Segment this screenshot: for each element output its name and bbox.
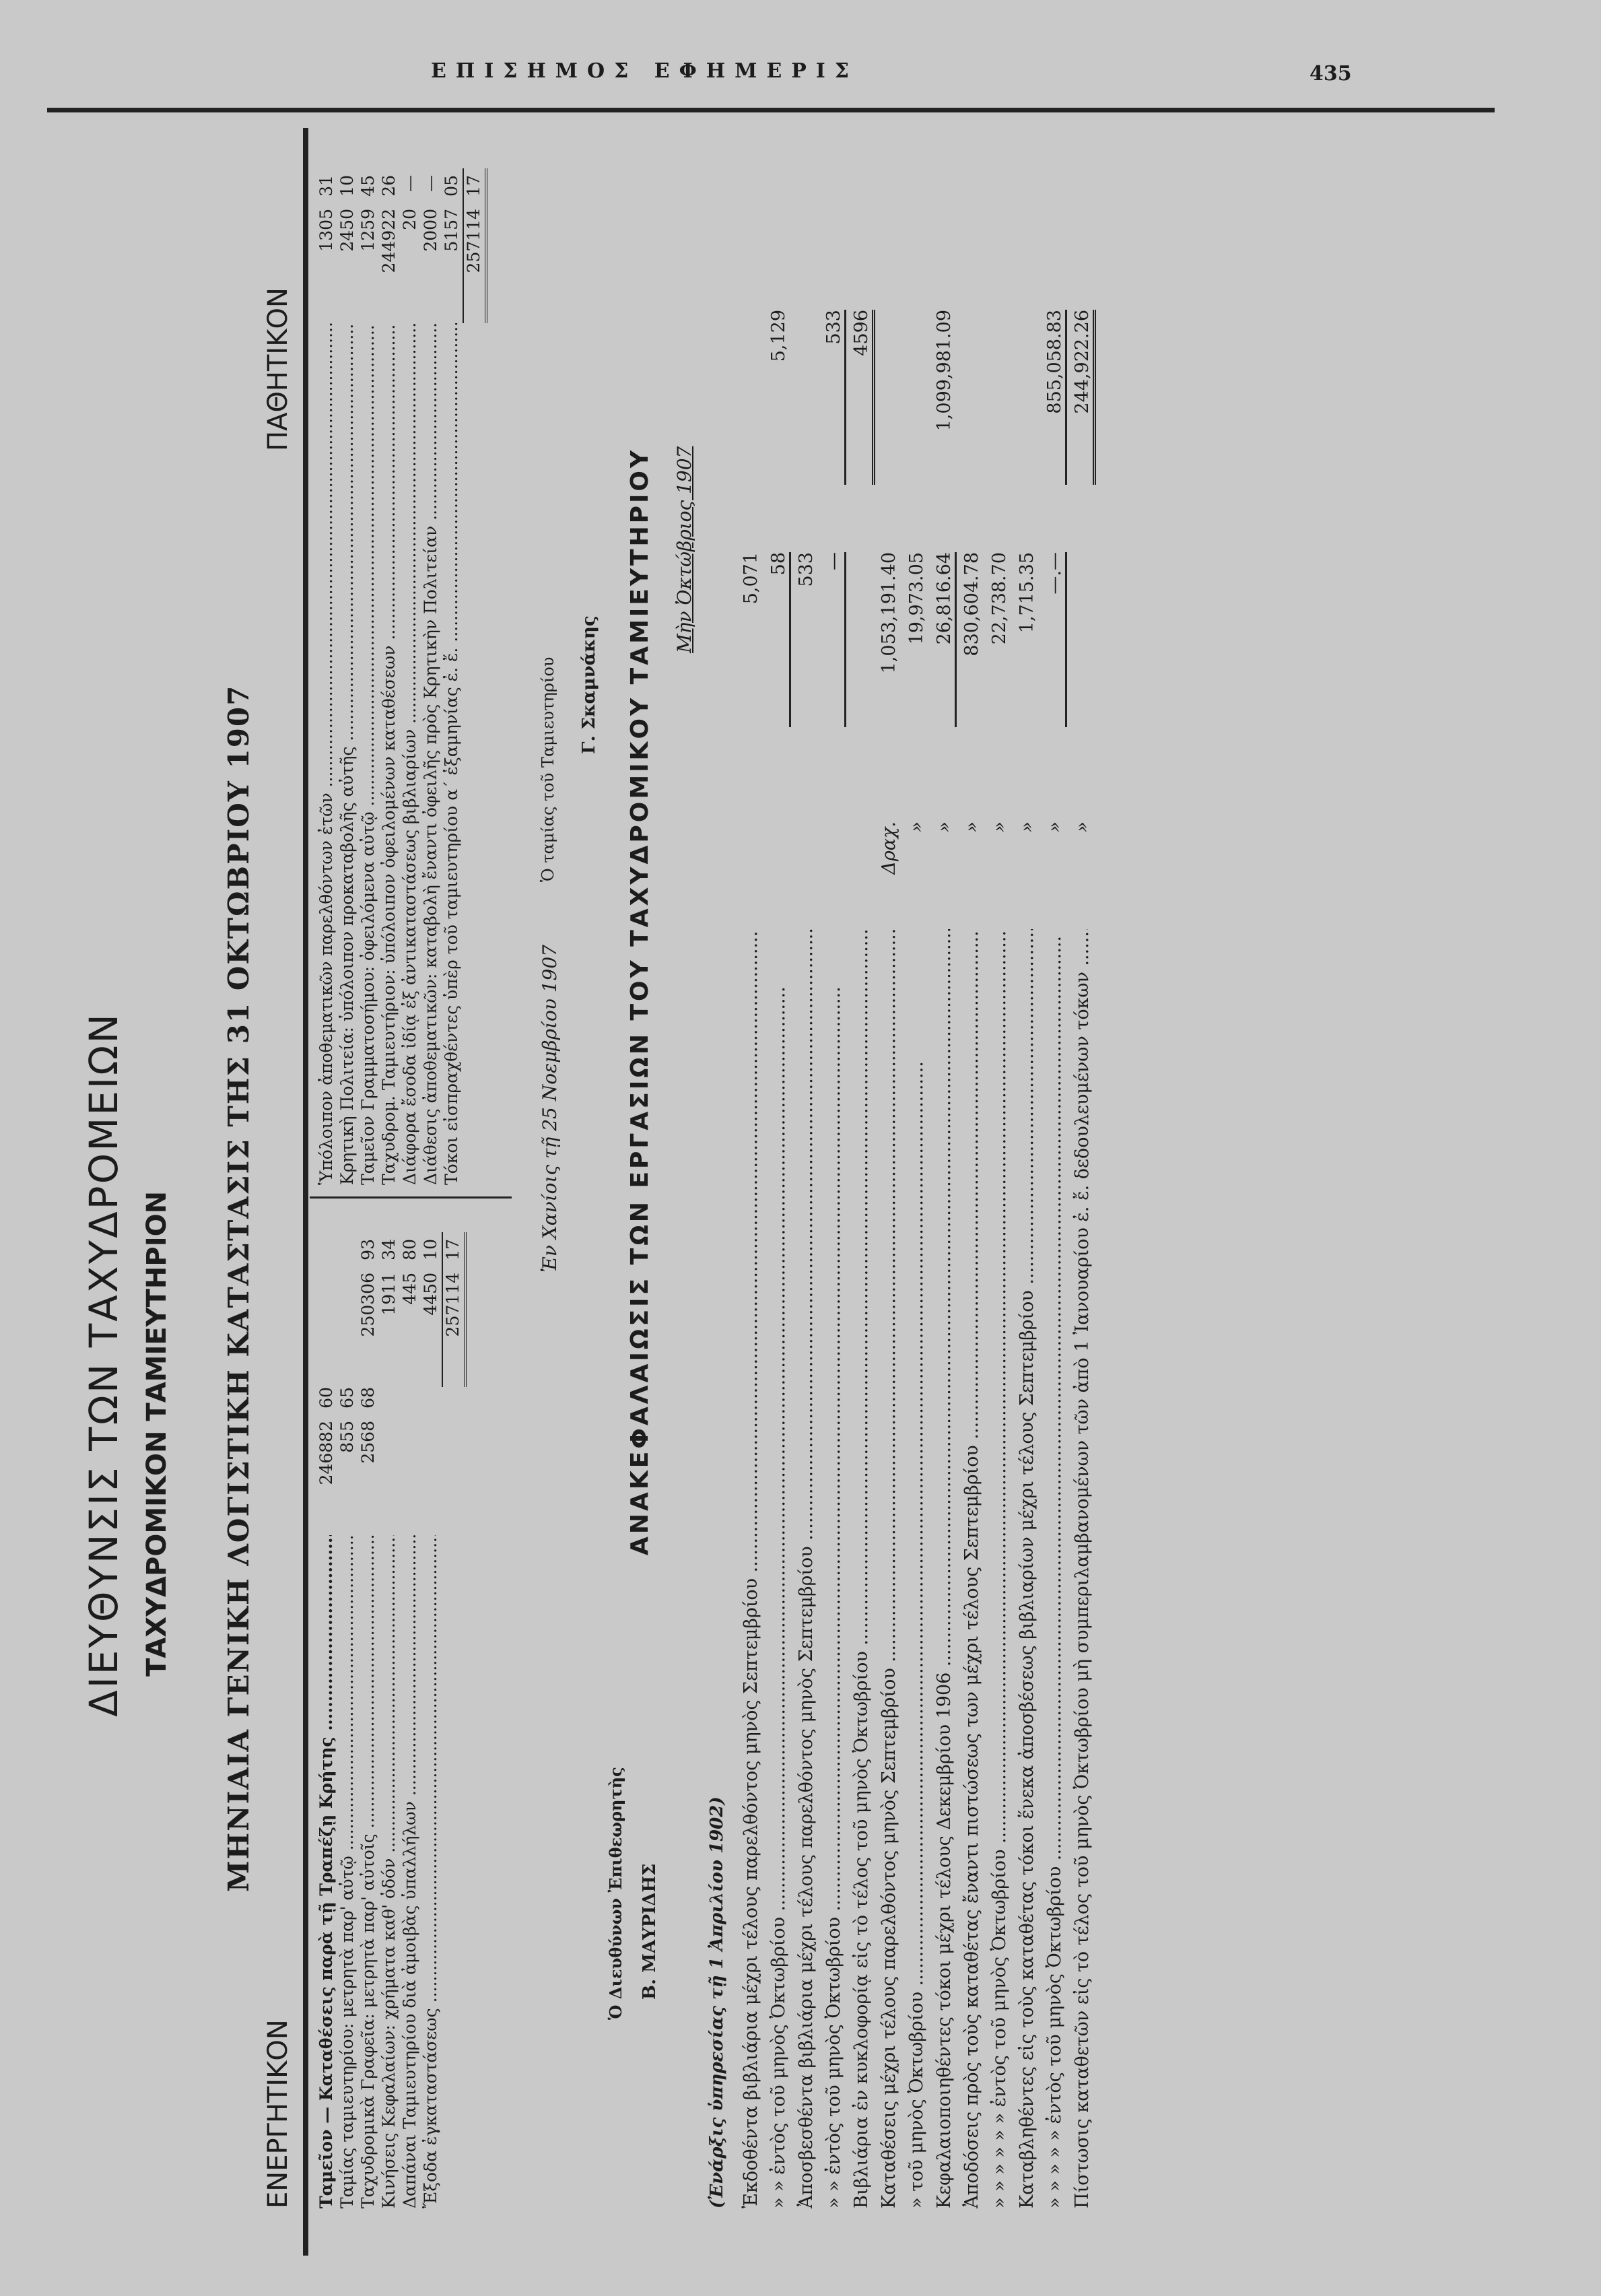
- recap-row: Πίστωσις καταθετῶν εἰς τὸ τέλος τοῦ μηνὸ…: [1072, 155, 1099, 2208]
- table-row: Ὑπόλοιπον ἀποθεματικῶν παρελθόντων ἐτῶν1…: [316, 141, 337, 1185]
- table-row: Τόκοι εἰσπραχθέντες ὑπὲρ τοῦ ταμιευτηρίο…: [442, 141, 463, 1185]
- header-rule: [47, 108, 1495, 112]
- recap-row: » » » » » » ἐντὸς τοῦ μηνὸς Ὀκτωβρίου»22…: [989, 155, 1017, 2208]
- recap-row: Ἀποσβεσθέντα βιβλιάρια μέχρι τέλους παρε…: [796, 155, 823, 2208]
- masthead: ΕΠΙΣΗΜΟΣ ΕΦΗΜΕΡΙΣ 435: [0, 0, 1601, 101]
- cashier-title: Ὁ ταμίας τοῦ Ταμιευτηρίου: [539, 657, 557, 882]
- assets-label: ΕΝΕΡΓΗΤΙΚΟΝ: [263, 2019, 294, 2208]
- cashier-name: Γ. Σκαμνάκης: [579, 615, 599, 754]
- recap-row: Καταβληθέντες εἰς τοὺς καταθέτας τόκοι ἕ…: [1017, 155, 1044, 2208]
- table-row: Ταμίας ταμιευτηρίου: μετρητὰ παρ' αὐτῷ 8…: [337, 1212, 358, 2208]
- table-row: Ταμεῖον — Καταθέσεις παρὰ τῇ Τραπέζῃ Κρή…: [316, 1212, 337, 2208]
- place-date: Ἐν Χανίοις τῇ 25 Νοεμβρίου 1907: [539, 945, 561, 1273]
- recap-row: Καταθέσεις μέχρι τέλους παρελθόντος μηνὸ…: [879, 155, 906, 2208]
- recap-row: Κεφαλαιοποιηθέντες τόκοι μέχρι τέλους Δε…: [934, 155, 961, 2208]
- recap-row: Ἀποδόσεις πρὸς τοὺς καταθέτας ἔναντι πισ…: [961, 155, 989, 2208]
- assets-table: Ταμεῖον — Καταθέσεις παρὰ τῇ Τραπέζῃ Κρή…: [316, 1212, 467, 2208]
- recap-row: » » ἐντὸς τοῦ μηνὸς Ὀκτωβρίου585,129: [768, 155, 796, 2208]
- recap-row: » » ἐντὸς τοῦ μηνὸς Ὀκτωβρίου—533: [823, 155, 851, 2208]
- recap-row: » » » » » ἐντὸς τοῦ μηνὸς Ὀκτωβρίου»—.—8…: [1044, 155, 1072, 2208]
- assets-total: 25711417: [442, 1232, 467, 1387]
- table-row: Κινήσεις Κεφαλαίων: χρήματα καθ' ὁδόν 19…: [379, 1212, 400, 2208]
- director-name: Β. ΜΑΥΡΙΔΗΣ: [640, 1864, 660, 2000]
- recap-row: Ἐκδοθέντα βιβλιάρια μέχρι τέλους παρελθό…: [741, 155, 768, 2208]
- table-row: Ταμεῖον Γραμματοσήμου: ὀφειλόμενα αὐτῷ12…: [358, 141, 379, 1185]
- recap-month: Μὴν Ὀκτώβριος 1907: [673, 446, 695, 653]
- recap-row: » τοῦ μηνὸς Ὀκτωβρίου»19,973.05: [906, 155, 934, 2208]
- liabilities-label: ΠΑΘΗΤΙΚΟΝ: [263, 288, 294, 451]
- liabilities-table: Ὑπόλοιπον ἀποθεματικῶν παρελθόντων ἐτῶν1…: [316, 141, 487, 1185]
- recap-title: ΑΝΑΚΕΦΑΛΑΙΩΣΙΣ ΤΩΝ ΕΡΓΑΣΙΩΝ ΤΟΥ ΤΑΧΥΔΡΟΜ…: [626, 448, 654, 1555]
- table-row: Δαπάναι Ταμιευτηρίου διὰ ἀμοιβὰς ὑπαλλήλ…: [400, 1212, 421, 2208]
- table-row: Ταχυδρομ. Ταμιευτήριον: ὑπόλοιπον ὀφειλο…: [379, 141, 400, 1185]
- table-row: Κρητικὴ Πολιτεία: ὑπόλοιπον προκαταβολῆς…: [337, 141, 358, 1185]
- table-row: Διάφορα ἔσοδα ἰδίᾳ ἐξ ἀντικαταστάσεως βι…: [400, 141, 421, 1185]
- table-top-rule: [303, 128, 308, 2256]
- rotated-statement: ΔΙΕΥΘΥΝΣΙΣ ΤΩΝ ΤΑΧΥΔΡΟΜΕΙΩΝ ΤΑΧΥΔΡΟΜΙΚΟΝ…: [67, 114, 1481, 2256]
- gazette-title: ΕΠΙΣΗΜΟΣ ΕΦΗΜΕΡΙΣ: [431, 59, 858, 83]
- directorate-heading: ΔΙΕΥΘΥΝΣΙΣ ΤΩΝ ΤΑΧΥΔΡΟΜΕΙΩΝ: [81, 1012, 127, 1717]
- savings-bank-heading: ΤΑΧΥΔΡΟΜΙΚΟΝ ΤΑΜΙΕΥΤΗΡΙΟΝ: [141, 1191, 172, 1677]
- table-row: Ταχυδρομικὰ Γραφεῖα: μετρητὰ παρ' αὐτοῖς…: [358, 1212, 379, 2208]
- table-row: Διάθεσις ἀποθεματικῶν: καταβολὴ ἔναντι ὀ…: [421, 141, 442, 1185]
- table-row: Ἔξοδα ἐγκαταστάσεως 445010: [421, 1212, 442, 2208]
- recap-table: Ἐκδοθέντα βιβλιάρια μέχρι τέλους παρελθό…: [741, 155, 1099, 2208]
- liabilities-total: 25711417: [463, 168, 487, 323]
- page-number: 435: [1309, 62, 1352, 86]
- column-divider: [310, 1196, 512, 1198]
- statement-title: ΜΗΝΙΑΙΑ ΓΕΝΙΚΗ ΛΟΓΙΣΤΙΚΗ ΚΑΤΑΣΤΑΣΙΣ ΤΗΣ …: [222, 685, 255, 1892]
- recap-row: Βιβλιάρια ἐν κυκλοφορίᾳ εἰς τὸ τέλος τοῦ…: [851, 155, 879, 2208]
- recap-note: (Ἐνάρξις ὑπηρεσίας τῇ 1 Ἀπριλίου 1902): [707, 1796, 727, 2208]
- director-title: Ὁ Διευθύνων Ἐπιθεωρητὴς: [606, 1767, 625, 2020]
